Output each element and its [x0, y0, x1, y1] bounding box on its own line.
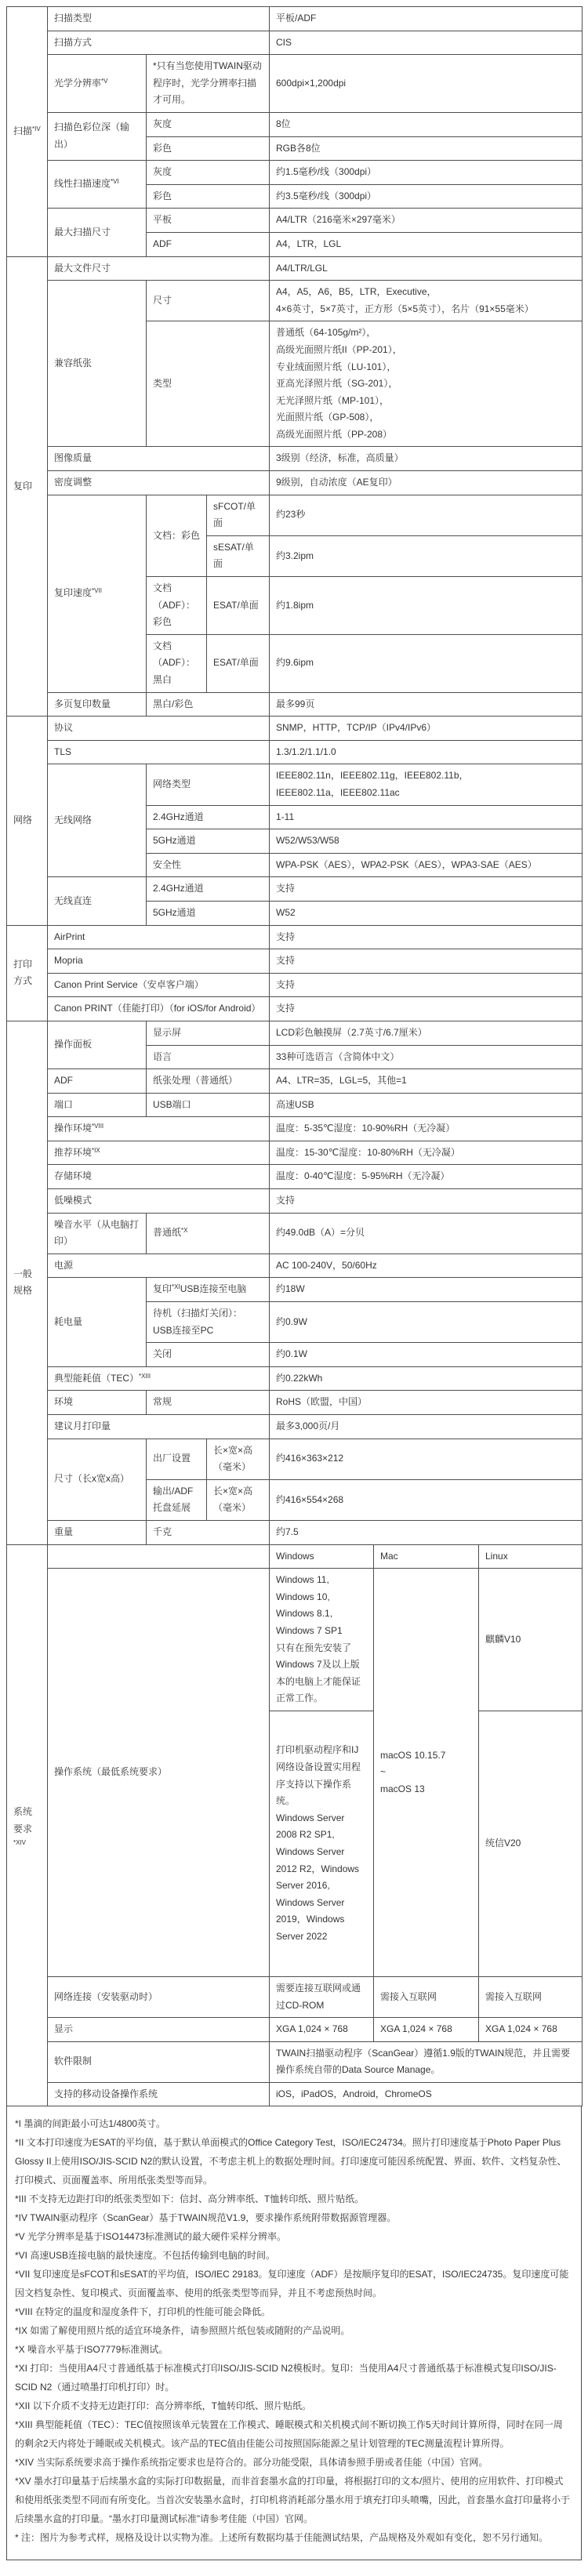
spec-label: 典型能耗值（TEC）*XIII [48, 1366, 270, 1391]
footnote-marker: *XIV [13, 1838, 41, 1847]
spec-sublabel: ADF [147, 232, 270, 256]
footnote: *XI 打印：当使用A4尺寸普通纸基于标准模式打印ISO/JIS-SCID N2… [15, 2359, 572, 2396]
spec-sublabel: 纸张处理（普通纸） [147, 1069, 270, 1094]
spec-label: 网络连接（安装驱动时） [48, 1976, 270, 2017]
table-row: 网络 协议 SNMP，HTTP，TCP/IP（IPv4/IPv6） [7, 717, 583, 741]
spec-value: 3级别（经济，标准，高质量） [270, 447, 583, 471]
spec-label: 复印速度*VII [48, 495, 147, 692]
spec-subsublabel: sFCOT/单面 [207, 495, 270, 535]
footnote-marker: *X [181, 1227, 187, 1234]
spec-label: 多页复印数量 [48, 692, 147, 717]
spec-value-mac: 需接入互联网 [374, 1976, 479, 2017]
table-row: 推荐环境*IX 温度：15-30℃湿度：10-80%RH（无冷凝） [7, 1141, 583, 1165]
spec-sublabel: 文档（ADF）：黑白 [147, 634, 207, 692]
spec-label: 操作系统（最低系统要求） [48, 1569, 270, 1977]
footnote: *IX 如需了解使用照片纸的适宜环境条件，请参照照片纸包装或随附的产品说明。 [15, 2321, 572, 2340]
spec-sublabel: 待机（扫描灯关闭）： USB连接至PC [147, 1302, 270, 1343]
footnote: *VIII 在特定的温度和湿度条件下，打印机的性能可能会降低。 [15, 2302, 572, 2321]
table-row: 兼容纸张 尺寸 A4，A5，A6，B5，LTR，Executive， 4×6英寸… [7, 281, 583, 321]
spec-value: IEEE802.11n，IEEE802.11g，IEEE802.11b， IEE… [270, 764, 583, 805]
spec-label: 电源 [48, 1254, 270, 1278]
spec-sublabel: USB端口 [147, 1093, 270, 1117]
table-row: 操作环境*VIII 温度：5-35℃湿度：10-90%RH（无冷凝） [7, 1117, 583, 1141]
group-cell-scan: 扫描*IV [7, 7, 48, 257]
group-cell-copy: 复印 [7, 256, 48, 717]
spec-label-empty [48, 1544, 270, 1569]
spec-label: 图像质量 [48, 447, 270, 471]
spec-value: 600dpi×1,200dpi [270, 55, 583, 113]
table-row: 复印 最大文件尺寸 A4/LTR/LGL [7, 256, 583, 281]
spec-label: 噪音水平（从电脑打印） [48, 1213, 147, 1254]
spec-value: 约49.0dB（A）=分贝 [270, 1213, 583, 1254]
spec-value: 约18W [270, 1278, 583, 1302]
spec-value: 约416×363×212 [270, 1439, 583, 1479]
table-row: 线性扫描速度*VI 灰度 约1.5毫秒/线（300dpi） [7, 161, 583, 185]
footnote-marker: *VII [92, 587, 102, 594]
footnote: *XIII 典型能耗值（TEC）：TEC值按照该单元装置在工作模式、睡眠模式和关… [15, 2415, 572, 2453]
spec-sublabel: 文档（ADF）：彩色 [147, 577, 207, 635]
spec-subsublabel: sESAT/单面 [207, 535, 270, 576]
spec-value: 约3.2ipm [270, 535, 583, 576]
spec-value-windows: XGA 1,024 × 768 [270, 2018, 374, 2042]
spec-value: AC 100-240V，50/60Hz [270, 1254, 583, 1278]
spec-sublabel: 2.4GHz通道 [147, 877, 270, 902]
spec-sublabel: 彩色 [147, 184, 270, 209]
table-row: 打印 方式 AirPrint 支持 [7, 925, 583, 949]
spec-label: 扫描方式 [48, 31, 270, 55]
table-row: 最大扫描尺寸 平板 A4/LTR（216毫米×297毫米） [7, 209, 583, 233]
spec-sublabel: 灰度 [147, 112, 270, 136]
table-row: 操作系统（最低系统要求） Windows 11, Windows 10, Win… [7, 1569, 583, 1711]
spec-sublabel: 输出/ADF托盘延展 [147, 1479, 207, 1520]
spec-value: SNMP，HTTP，TCP/IP（IPv4/IPv6） [270, 717, 583, 741]
spec-table: 扫描*IV 扫描类型 平板/ADF 扫描方式 CIS 光学分辨率*V *只有当您… [6, 6, 583, 2106]
spec-value: WPA-PSK（AES），WPA2-PSK（AES），WPA3-SAE（AES） [270, 853, 583, 877]
table-row: 多页复印数量 黑白/彩色 最多99页 [7, 692, 583, 717]
spec-value: CIS [270, 31, 583, 55]
spec-sublabel: 灰度 [147, 161, 270, 185]
spec-value: 最多3,000页/月 [270, 1415, 583, 1439]
spec-label: 操作环境*VIII [48, 1117, 270, 1141]
spec-label: 环境 [48, 1391, 147, 1415]
footnote-marker: *IX [92, 1147, 100, 1154]
spec-subsublabel: ESAT/单面 [207, 577, 270, 635]
spec-value: 约416×554×268 [270, 1479, 583, 1520]
spec-sublabel: 安全性 [147, 853, 270, 877]
spec-label: 无线网络 [48, 764, 147, 877]
table-row: 网络连接（安装驱动时） 需要连接互联网或通过CD-ROM 需接入互联网 需接入互… [7, 1976, 583, 2017]
spec-value: 约0.22kWh [270, 1366, 583, 1391]
spec-label: 无线直连 [48, 877, 147, 925]
table-row: 建议月打印量 最多3,000页/月 [7, 1415, 583, 1439]
table-row: 复印速度*VII 文档：彩色 sFCOT/单面 约23秒 [7, 495, 583, 535]
footnote: *VII 复印速度是sFCOT和sESAT的平均值，ISO/IEC 29183。… [15, 2265, 572, 2302]
spec-value: 9级别，自动浓度（AE复印） [270, 471, 583, 495]
table-row: 扫描方式 CIS [7, 31, 583, 55]
spec-value-windows: Windows 11, Windows 10, Windows 8.1, Win… [270, 1569, 374, 1711]
spec-value: 支持 [270, 877, 583, 902]
spec-sublabel: 5GHz通道 [147, 829, 270, 854]
footnote: *II 文本打印速度为ESAT的平均值，基于默认单面模式的Office Cate… [15, 2133, 572, 2190]
table-row: 扫描*IV 扫描类型 平板/ADF [7, 7, 583, 31]
spec-value: W52/W53/W58 [270, 829, 583, 854]
footnote: *I 墨滴的间距最小可达1/4800英寸。 [15, 2114, 572, 2133]
spec-value: 最多99页 [270, 692, 583, 717]
spec-value: 约0.9W [270, 1302, 583, 1343]
spec-value: 温度：5-35℃湿度：10-90%RH（无冷凝） [270, 1117, 583, 1141]
table-row: TLS 1.3/1.2/1.1/1.0 [7, 740, 583, 764]
table-row: 扫描色彩位深（输出） 灰度 8位 [7, 112, 583, 136]
os-header-mac: Mac [374, 1544, 479, 1569]
os-header-linux: Linux [479, 1544, 583, 1569]
footnote: * 注：图片为参考式样，规格及设计以实物为准。上述所有数据均基于佳能测试结果，产… [15, 2528, 572, 2547]
table-row: 无线直连 2.4GHz通道 支持 [7, 877, 583, 902]
group-cell-system: 系统 要求*XIV [7, 1544, 48, 2106]
spec-subsublabel: ESAT/单面 [207, 634, 270, 692]
spec-label: AirPrint [48, 925, 270, 949]
table-row: 典型能耗值（TEC）*XIII 约0.22kWh [7, 1366, 583, 1391]
footnote: *X 噪音水平基于ISO7779标准测试。 [15, 2340, 572, 2359]
spec-value: RoHS（欧盟，中国） [270, 1391, 583, 1415]
spec-subsublabel: 长×宽×高 （毫米） [207, 1439, 270, 1479]
spec-sublabel: 5GHz通道 [147, 901, 270, 925]
footnote-marker: *IV [32, 125, 41, 132]
spec-label: 显示 [48, 2018, 270, 2042]
spec-value-mac: macOS 10.15.7 ~ macOS 13 [374, 1569, 479, 1977]
spec-label: TLS [48, 740, 270, 764]
spec-sublabel: 类型 [147, 321, 270, 447]
spec-label: 软件限制 [48, 2041, 270, 2082]
spec-label: 推荐环境*IX [48, 1141, 270, 1165]
footnote: *III 不支持无边距打印的纸张类型如下：信封、高分辨率纸、T恤转印纸、照片贴纸… [15, 2190, 572, 2208]
spec-label: 低噪模式 [48, 1189, 270, 1214]
spec-value: 约1.8ipm [270, 577, 583, 635]
spec-sublabel: 语言 [147, 1045, 270, 1069]
spec-value-linux: 麒麟V10 [479, 1569, 583, 1711]
table-row: 耗电量 复印*XIUSB连接至电脑 约18W [7, 1278, 583, 1302]
table-row: 系统 要求*XIV Windows Mac Linux [7, 1544, 583, 1569]
footnote-marker: *V [101, 78, 107, 85]
footnote: *XII 以下介质不支持无边距打印：高分辨率纸，T恤转印纸、照片贴纸。 [15, 2396, 572, 2415]
table-row: 软件限制 TWAIN扫描驱动程序（ScanGear）遵循1.9版的TWAIN规范… [7, 2041, 583, 2082]
footnote-marker: *VI [111, 178, 119, 185]
spec-value-linux: 需接入互联网 [479, 1976, 583, 2017]
table-row: 端口 USB端口 高速USB [7, 1093, 583, 1117]
spec-sublabel: 彩色 [147, 136, 270, 161]
table-row: Canon PRINT（佳能打印）（for iOS/for Android） 支… [7, 997, 583, 1021]
spec-value: A4、LTR=35，LGL=5，其他=1 [270, 1069, 583, 1094]
spec-sublabel: 2.4GHz通道 [147, 805, 270, 829]
table-row: 存储环境 温度：0-40℃湿度：5-95%RH（无冷凝） [7, 1165, 583, 1189]
spec-value: 约0.1W [270, 1343, 583, 1367]
spec-value: A4/LTR（216毫米×297毫米） [270, 209, 583, 233]
spec-label: 尺寸（长x宽x高） [48, 1439, 147, 1520]
table-row: 支持的移动设备操作系统 iOS，iPadOS，Android，ChromeOS [7, 2082, 583, 2106]
footnote: *V 光学分辨率是基于ISO14473标准测试的最大硬件采样分辨率。 [15, 2227, 572, 2246]
spec-value-linux: XGA 1,024 × 768 [479, 2018, 583, 2042]
table-row: 尺寸（长x宽x高） 出厂设置 长×宽×高 （毫米） 约416×363×212 [7, 1439, 583, 1479]
spec-page: 扫描*IV 扫描类型 平板/ADF 扫描方式 CIS 光学分辨率*V *只有当您… [0, 0, 588, 2576]
spec-value: A4/LTR/LGL [270, 256, 583, 281]
table-row: 噪音水平（从电脑打印） 普通纸*X 约49.0dB（A）=分贝 [7, 1213, 583, 1254]
spec-value-linux: 统信V20 [479, 1711, 583, 1976]
spec-value: 约3.5毫秒/线（300dpi） [270, 184, 583, 209]
spec-label: Canon PRINT（佳能打印）（for iOS/for Android） [48, 997, 270, 1021]
table-row: 显示 XGA 1,024 × 768 XGA 1,024 × 768 XGA 1… [7, 2018, 583, 2042]
group-cell-network: 网络 [7, 717, 48, 925]
spec-value: 1-11 [270, 805, 583, 829]
spec-value: 支持 [270, 949, 583, 974]
spec-value: 普通纸（64-105g/m²）， 高级光面照片纸II（PP-201）， 专业绒面… [270, 321, 583, 447]
spec-label: Mopria [48, 949, 270, 974]
spec-value: 支持 [270, 1189, 583, 1214]
spec-value: iOS，iPadOS，Android，ChromeOS [270, 2082, 583, 2106]
table-row: 重量 千克 约7.5 [7, 1520, 583, 1544]
spec-sublabel: 出厂设置 [147, 1439, 207, 1479]
table-row: 图像质量 3级别（经济，标准，高质量） [7, 447, 583, 471]
spec-sublabel: 显示屏 [147, 1021, 270, 1045]
spec-value: RGB各8位 [270, 136, 583, 161]
spec-label: 光学分辨率*V [48, 55, 147, 113]
spec-value-windows: 需要连接互联网或通过CD-ROM [270, 1976, 374, 2017]
spec-value: 温度：0-40℃湿度：5-95%RH（无冷凝） [270, 1165, 583, 1189]
spec-subsublabel: 长×宽×高 （毫米） [207, 1479, 270, 1520]
group-cell-general: 一般 规格 [7, 1021, 48, 1544]
spec-sublabel: 关闭 [147, 1343, 270, 1367]
spec-value: 1.3/1.2/1.1/1.0 [270, 740, 583, 764]
spec-value: A4，LTR，LGL [270, 232, 583, 256]
spec-label: 存储环境 [48, 1165, 270, 1189]
spec-sublabel: 平板 [147, 209, 270, 233]
table-row: 一般 规格 操作面板 显示屏 LCD彩色触摸屏（2.7英寸/6.7厘米） [7, 1021, 583, 1045]
spec-sublabel: 普通纸*X [147, 1213, 270, 1254]
spec-sublabel: 尺寸 [147, 281, 270, 321]
spec-label: 最大扫描尺寸 [48, 209, 147, 256]
spec-sublabel: 文档：彩色 [147, 495, 207, 576]
spec-value: W52 [270, 901, 583, 925]
spec-value: 约23秒 [270, 495, 583, 535]
spec-sublabel: 黑白/彩色 [147, 692, 270, 717]
spec-label: 耗电量 [48, 1278, 147, 1366]
table-row: ADF 纸张处理（普通纸） A4、LTR=35，LGL=5，其他=1 [7, 1069, 583, 1094]
footnote-marker: *XI [172, 1283, 180, 1290]
spec-label: 兼容纸张 [48, 281, 147, 447]
footnote-marker: *VIII [92, 1123, 103, 1130]
footnote-marker: *XIII [139, 1373, 151, 1380]
spec-value: 温度：15-30℃湿度：10-80%RH（无冷凝） [270, 1141, 583, 1165]
spec-value: 约1.5毫秒/线（300dpi） [270, 161, 583, 185]
footnote: *IV TWAIN驱动程序（ScanGear）基于TWAIN规范V1.9，要求操… [15, 2208, 572, 2227]
footnotes-box: *I 墨滴的间距最小可达1/4800英寸。 *II 文本打印速度为ESAT的平均… [6, 2106, 582, 2560]
spec-label: 重量 [48, 1520, 147, 1544]
spec-value: 支持 [270, 925, 583, 949]
table-row: 环境 常规 RoHS（欧盟，中国） [7, 1391, 583, 1415]
footnote: *XIV 当实际系统要求高于操作系统指定要求也是符合的。部分功能受限，具体请参照… [15, 2453, 572, 2472]
spec-value: LCD彩色触摸屏（2.7英寸/6.7厘米） [270, 1021, 583, 1045]
footnote: *VI 高速USB连接电脑的最快速度。不包括传输到电脑的时间。 [15, 2246, 572, 2265]
spec-value: 33种可选语言（含简体中文） [270, 1045, 583, 1069]
spec-label: 协议 [48, 717, 270, 741]
spec-value: 约9.6ipm [270, 634, 583, 692]
os-header-windows: Windows [270, 1544, 374, 1569]
table-row: 密度调整 9级别，自动浓度（AE复印） [7, 471, 583, 495]
spec-sublabel: 千克 [147, 1520, 270, 1544]
group-cell-print-method: 打印 方式 [7, 925, 48, 1021]
spec-sublabel: 复印*XIUSB连接至电脑 [147, 1278, 270, 1302]
spec-value: 约7.5 [270, 1520, 583, 1544]
table-row: 低噪模式 支持 [7, 1189, 583, 1214]
spec-label: Canon Print Service（安卓客户端） [48, 973, 270, 997]
spec-label: 操作面板 [48, 1021, 147, 1068]
table-row: 光学分辨率*V *只有当您使用TWAIN驱动程序时，光学分辨率扫描才可用。 60… [7, 55, 583, 113]
spec-value: 平板/ADF [270, 7, 583, 31]
spec-value: 支持 [270, 997, 583, 1021]
spec-value-mac: XGA 1,024 × 768 [374, 2018, 479, 2042]
footnote: *XV 墨水打印量基于后续墨水盒的实际打印数据量，而非首套墨水盒的打印量，将根据… [15, 2472, 572, 2528]
table-row: 电源 AC 100-240V，50/60Hz [7, 1254, 583, 1278]
spec-value: 支持 [270, 973, 583, 997]
spec-value: A4，A5，A6，B5，LTR，Executive， 4×6英寸，5×7英寸，正… [270, 281, 583, 321]
spec-label: 支持的移动设备操作系统 [48, 2082, 270, 2106]
spec-value: TWAIN扫描驱动程序（ScanGear）遵循1.9版的TWAIN规范，并且需要… [270, 2041, 583, 2082]
spec-label: 最大文件尺寸 [48, 256, 270, 281]
spec-label: 建议月打印量 [48, 1415, 270, 1439]
spec-label: 扫描色彩位深（输出） [48, 112, 147, 160]
spec-label: 密度调整 [48, 471, 270, 495]
spec-sublabel: 常规 [147, 1391, 270, 1415]
table-row: Canon Print Service（安卓客户端） 支持 [7, 973, 583, 997]
table-row: 无线网络 网络类型 IEEE802.11n，IEEE802.11g，IEEE80… [7, 764, 583, 805]
spec-sublabel: 网络类型 [147, 764, 270, 805]
spec-value: 高速USB [270, 1093, 583, 1117]
spec-note: *只有当您使用TWAIN驱动程序时，光学分辨率扫描才可用。 [147, 55, 270, 113]
spec-label: 扫描类型 [48, 7, 270, 31]
spec-value: 8位 [270, 112, 583, 136]
spec-label: 线性扫描速度*VI [48, 161, 147, 209]
spec-value-windows: 打印机驱动程序和IJ网络设备设置实用程序支持以下操作系统。 Windows Se… [270, 1711, 374, 1976]
spec-label: 端口 [48, 1093, 147, 1117]
spec-label: ADF [48, 1069, 147, 1094]
table-row: Mopria 支持 [7, 949, 583, 974]
